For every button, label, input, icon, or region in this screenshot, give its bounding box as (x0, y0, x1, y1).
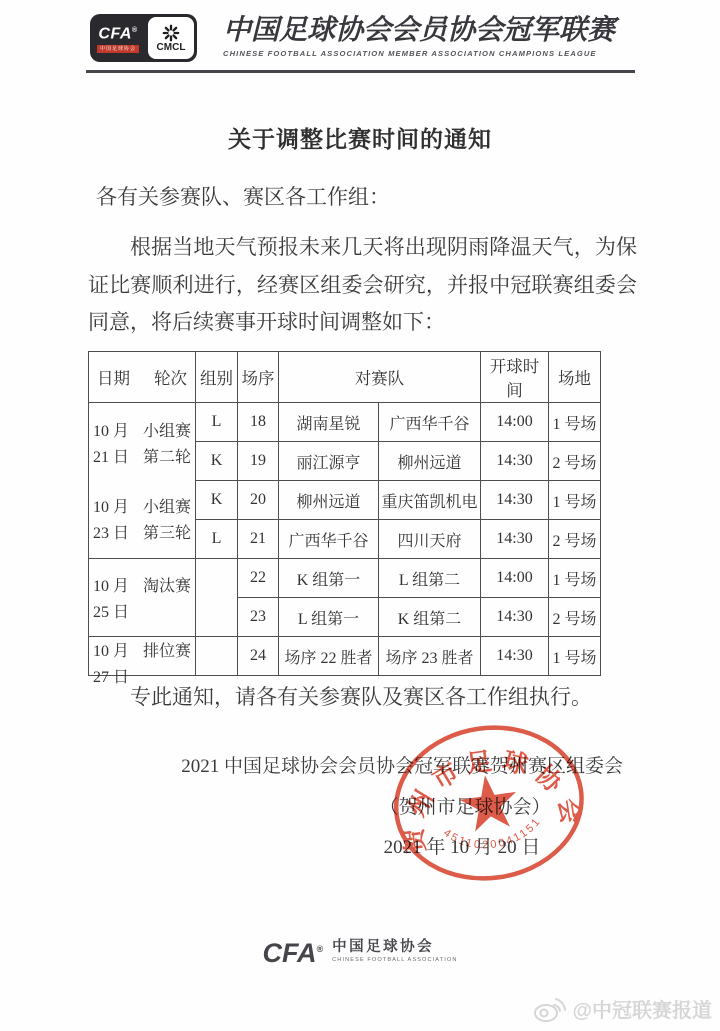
cell-match-no: 19 (238, 442, 279, 481)
cell-group (196, 559, 238, 637)
header-date-round: 日期 轮次 (89, 352, 196, 403)
table-header-row: 日期 轮次 组别 场序 对赛队 开球时间 场地 (89, 352, 601, 403)
registered-mark: ® (132, 27, 138, 34)
cell-group: L (196, 520, 238, 559)
cell-away-team: 四川天府 (379, 520, 481, 559)
cell-date-group-3: 10 月 25 日 淘汰赛 (89, 559, 196, 637)
date-block: 10 月 23 日 小组赛 第三轮 (93, 494, 191, 543)
header-kickoff: 开球时间 (481, 352, 549, 403)
cfa-text: CFA (98, 26, 132, 43)
cell-away-team: 场序 23 胜者 (379, 637, 481, 676)
notice-salutation: 各有关参赛队、赛区各工作组： (96, 181, 390, 211)
date-block: 10 月 27 日 排位赛 (93, 638, 191, 687)
cfa-logo: CFA® 中国足球协会 (90, 23, 146, 52)
round-name: 小组赛 (143, 494, 191, 517)
cell-venue: 2 号场 (549, 442, 601, 481)
footer-cfa-logo: CFA® 中国足球协会 CHINESE FOOTBALL ASSOCIATION (0, 936, 720, 967)
round-name: 第二轮 (143, 444, 191, 467)
signature-date: 2021 年 10 月 20 日 (330, 832, 594, 859)
cell-venue: 2 号场 (549, 598, 601, 637)
date-month: 10 月 (93, 638, 129, 661)
cmcl-flower-icon (162, 24, 180, 42)
round-name: 第三轮 (143, 520, 191, 543)
watermark-text: @中冠联赛报道 (572, 994, 712, 1023)
date-block: 10 月 21 日 小组赛 第二轮 (93, 418, 191, 467)
date-day: 23 日 (93, 520, 129, 543)
cell-kickoff: 14:00 (481, 559, 549, 598)
cell-venue: 1 号场 (549, 403, 601, 442)
header-teams: 对赛队 (279, 352, 481, 403)
date-month: 10 月 (93, 494, 129, 517)
cell-match-no: 18 (238, 403, 279, 442)
cell-kickoff: 14:00 (481, 403, 549, 442)
notice-title: 关于调整比赛时间的通知 (0, 121, 720, 154)
cell-home-team: L 组第一 (279, 598, 379, 637)
cell-date-group-1-2: 10 月 21 日 小组赛 第二轮 10 月 (89, 403, 196, 559)
weibo-watermark: @中冠联赛报道 (533, 994, 712, 1023)
cell-away-team: K 组第二 (379, 598, 481, 637)
cell-away-team: L 组第二 (379, 559, 481, 598)
cell-home-team: K 组第一 (279, 559, 379, 598)
cell-kickoff: 14:30 (481, 520, 549, 559)
cell-date-group-4: 10 月 27 日 排位赛 (89, 637, 196, 676)
cfa-logo-subtext: 中国足球协会 (97, 45, 139, 53)
registered-mark: ® (317, 944, 324, 954)
cfa-cmcl-logo: CFA® 中国足球协会 CMCL (90, 14, 197, 62)
cell-venue: 2 号场 (549, 520, 601, 559)
round-name: 淘汰赛 (143, 573, 191, 596)
cell-home-team: 场序 22 胜者 (279, 637, 379, 676)
notice-closing: 专此通知，请各有关参赛队及赛区各工作组执行。 (88, 681, 637, 711)
schedule-table-wrapper: 日期 轮次 组别 场序 对赛队 开球时间 场地 (88, 351, 601, 676)
header-round: 轮次 (154, 365, 187, 389)
league-title-english: CHINESE FOOTBALL ASSOCIATION MEMBER ASSO… (223, 49, 643, 58)
cell-away-team: 柳州远道 (379, 442, 481, 481)
schedule-table: 日期 轮次 组别 场序 对赛队 开球时间 场地 (88, 351, 601, 676)
cell-home-team: 柳州远道 (279, 481, 379, 520)
table-row: 10 月 25 日 淘汰赛 22 K 组第一 L 组第二 (89, 559, 601, 598)
footer-association-name: 中国足球协会 (332, 940, 457, 955)
cell-home-team: 丽江源亨 (279, 442, 379, 481)
header-venue: 场地 (549, 352, 601, 403)
cell-venue: 1 号场 (549, 481, 601, 520)
cell-match-no: 24 (238, 637, 279, 676)
date-day: 21 日 (93, 444, 129, 467)
cell-kickoff: 14:30 (481, 442, 549, 481)
cell-venue: 1 号场 (549, 637, 601, 676)
cfa-text: CFA (263, 938, 317, 968)
cell-group (196, 637, 238, 676)
cell-kickoff: 14:30 (481, 481, 549, 520)
footer-association-name-english: CHINESE FOOTBALL ASSOCIATION (332, 957, 457, 963)
cell-group: K (196, 442, 238, 481)
table-row: 10 月 27 日 排位赛 24 场序 22 胜者 场序 23 胜 (89, 637, 601, 676)
cell-kickoff: 14:30 (481, 637, 549, 676)
header-match-no: 场序 (238, 352, 279, 403)
cell-home-team: 广西华千谷 (279, 520, 379, 559)
cell-group: L (196, 403, 238, 442)
round-name: 小组赛 (143, 418, 191, 441)
cell-venue: 1 号场 (549, 559, 601, 598)
notice-body: 根据当地天气预报未来几天将出现阴雨降温天气，为保证比赛顺利进行，经赛区组委会研究… (88, 229, 637, 342)
cell-home-team: 湖南星锐 (279, 403, 379, 442)
cfa-logo-text: CFA® (90, 23, 146, 42)
header-date: 日期 (97, 365, 130, 389)
cell-match-no: 21 (238, 520, 279, 559)
cell-match-no: 20 (238, 481, 279, 520)
date-month: 10 月 (93, 573, 129, 596)
cmcl-logo: CMCL (148, 17, 194, 59)
date-month: 10 月 (93, 418, 129, 441)
cell-match-no: 23 (238, 598, 279, 637)
signature-association: （贺州市足球协会） (330, 792, 600, 819)
cell-match-no: 22 (238, 559, 279, 598)
table-row: 10 月 21 日 小组赛 第二轮 10 月 (89, 403, 601, 442)
league-title: 中国足球协会会员协会冠军联赛 (223, 15, 643, 45)
cell-kickoff: 14:30 (481, 598, 549, 637)
date-day: 25 日 (93, 599, 129, 622)
document-page: CFA® 中国足球协会 CMCL 中国足球协会会员协会冠军联赛 CHINESE … (0, 0, 720, 1031)
header-divider (86, 70, 635, 73)
footer-cfa-text: CFA® (263, 936, 324, 967)
league-header: 中国足球协会会员协会冠军联赛 CHINESE FOOTBALL ASSOCIAT… (223, 15, 643, 58)
cell-away-team: 重庆笛凯机电 (379, 481, 481, 520)
cmcl-text: CMCL (157, 43, 186, 53)
cell-away-team: 广西华千谷 (379, 403, 481, 442)
signature-organization: 2021 中国足球协会会员协会冠军联赛贺州赛区组委会 (88, 751, 623, 778)
date-block: 10 月 25 日 淘汰赛 (93, 573, 191, 622)
round-name: 排位赛 (143, 638, 191, 661)
cell-group: K (196, 481, 238, 520)
header-group: 组别 (196, 352, 238, 403)
weibo-icon (533, 995, 567, 1023)
